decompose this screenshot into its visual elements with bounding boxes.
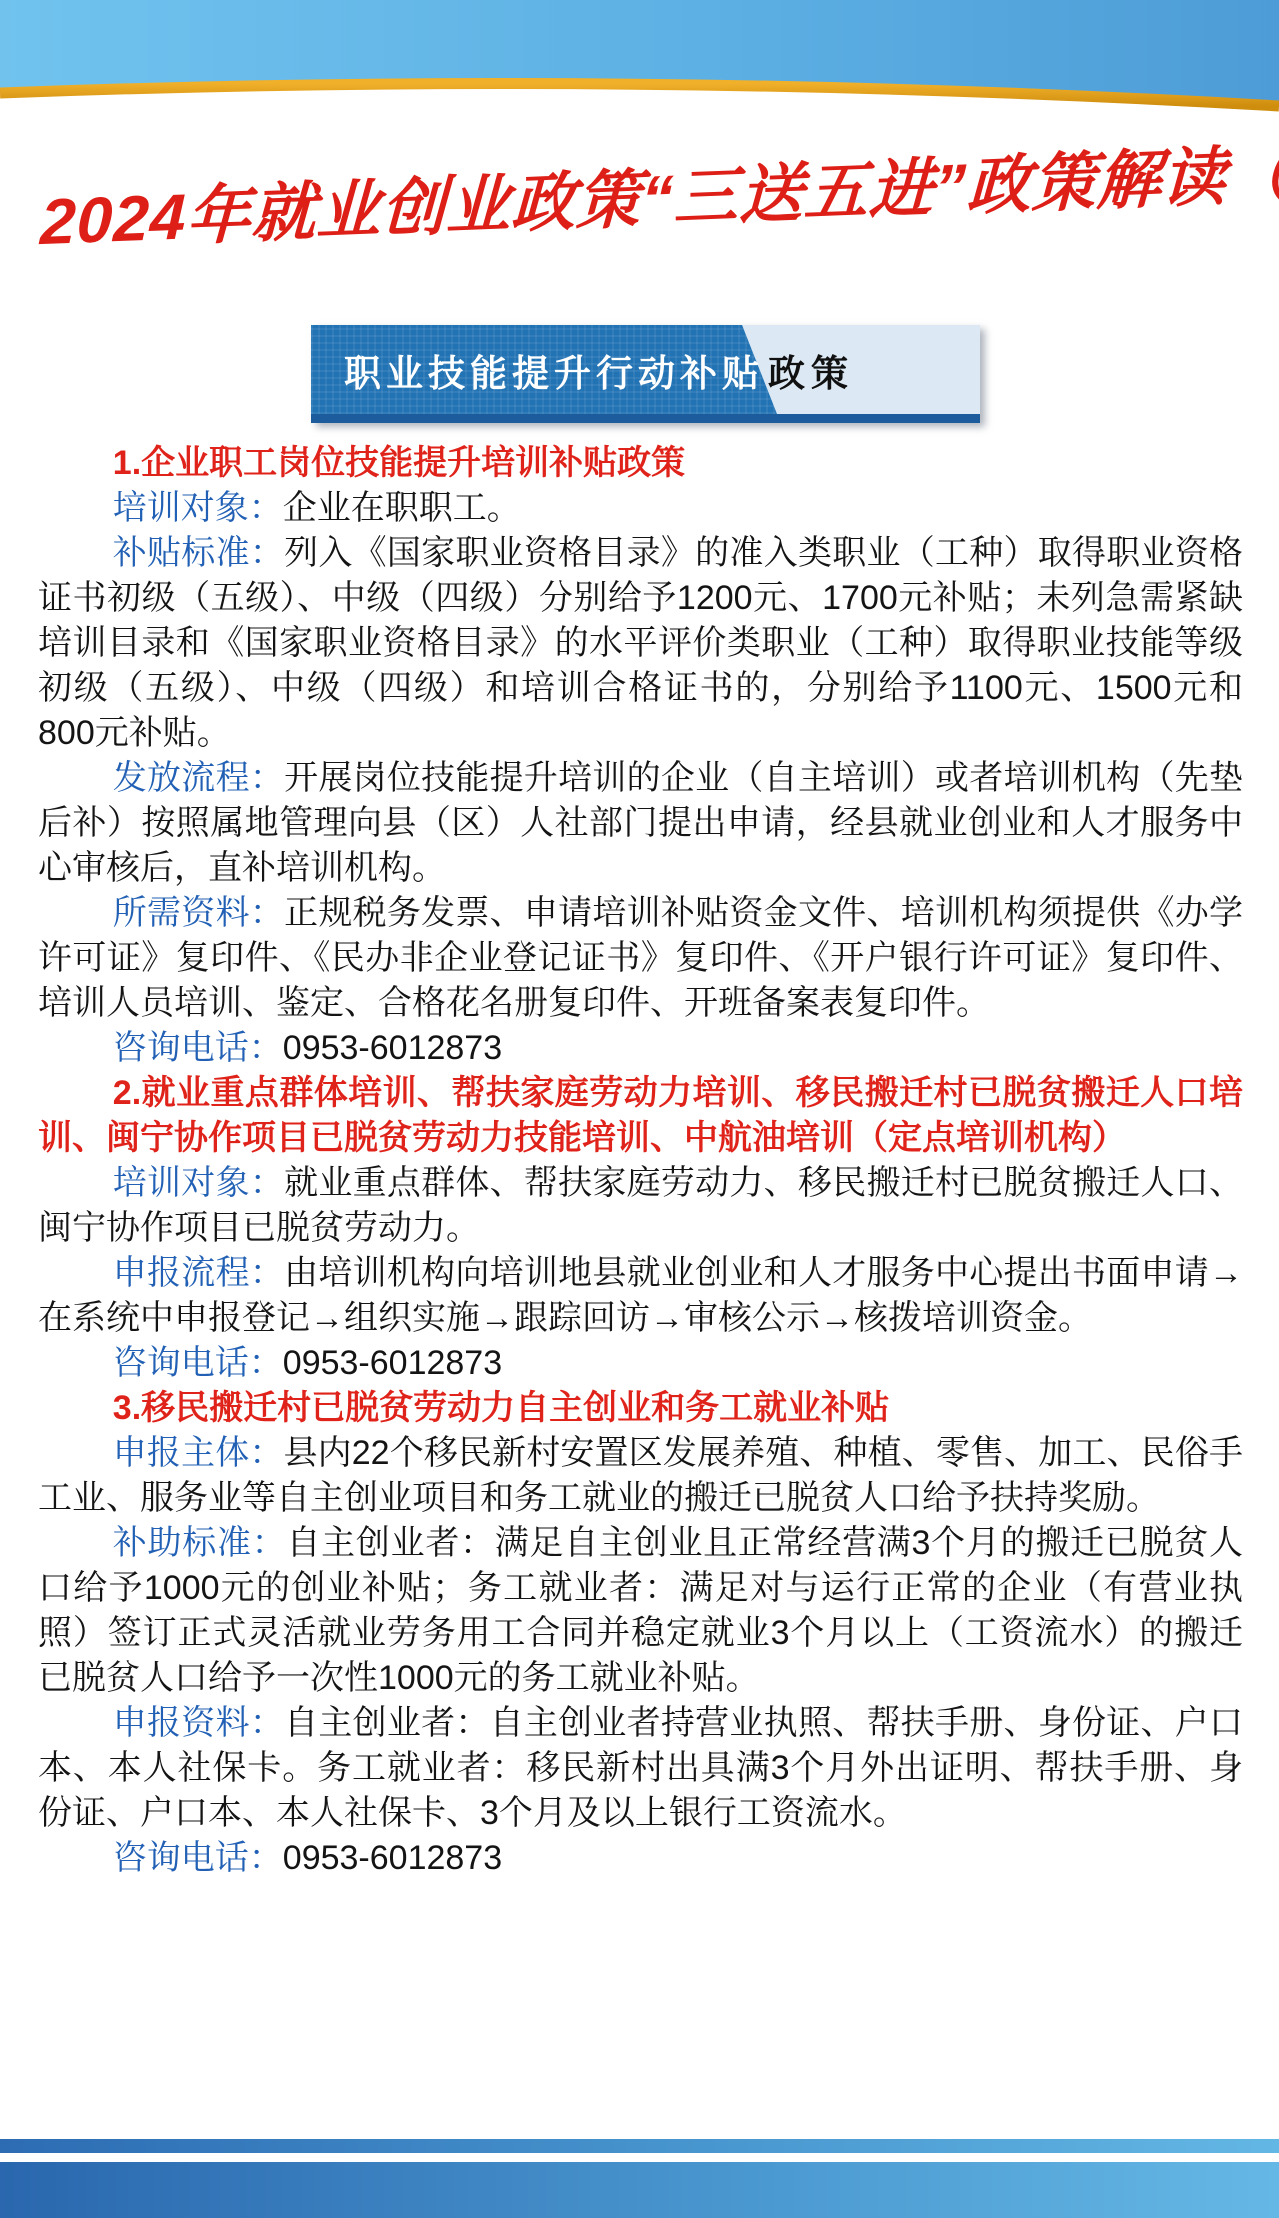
- policy-paragraph: 补贴标准：列入《国家职业资格目录》的准入类职业（工种）取得职业资格证书初级（五级…: [38, 531, 1243, 756]
- paragraph-label: 所需资料：: [113, 894, 284, 932]
- footer-big-band: [0, 2162, 1279, 2218]
- paragraph-label: 培训对象：: [113, 489, 283, 527]
- section-banner: 职业技能提升行动补贴 政策: [311, 325, 980, 423]
- paragraph-label: 咨询电话：: [113, 1029, 283, 1067]
- paragraph-label: 咨询电话：: [113, 1839, 283, 1877]
- policy-paragraph: 咨询电话：0953-6012873: [38, 1026, 1243, 1071]
- sky-curve-graphic: [0, 0, 1279, 130]
- page-title: 2024年就业创业政策“三送五进”政策解读（五）: [39, 125, 1240, 263]
- policy-paragraph: 咨询电话：0953-6012873: [38, 1836, 1243, 1881]
- policy-poster-page: 2024年就业创业政策“三送五进”政策解读（五） 职业技能提升行动补贴 政策 1…: [0, 0, 1279, 2218]
- paragraph-label: 申报流程：: [113, 1254, 284, 1292]
- paragraph-label: 申报主体：: [113, 1434, 284, 1472]
- policy-paragraph: 申报资料：自主创业者：自主创业者持营业执照、帮扶手册、身份证、户口本、本人社保卡…: [38, 1701, 1243, 1836]
- policy-paragraph: 培训对象：就业重点群体、帮扶家庭劳动力、移民搬迁村已脱贫搬迁人口、闽宁协作项目已…: [38, 1161, 1243, 1251]
- policy-paragraph: 补助标准：自主创业者：满足自主创业且正常经营满3个月的搬迁已脱贫人口给予1000…: [38, 1521, 1243, 1701]
- banner-tag-label: 政策: [768, 325, 854, 414]
- footer-thin-band: [0, 2139, 1279, 2153]
- banner-main-label: 职业技能提升行动补贴: [344, 325, 764, 414]
- policy-paragraph: 培训对象：企业在职职工。: [38, 486, 1243, 531]
- paragraph-text: 0953-6012873: [283, 1029, 502, 1067]
- policy-paragraph: 申报流程：由培训机构向培训地县就业创业和人才服务中心提出书面申请→在系统中申报登…: [38, 1251, 1243, 1341]
- policy-paragraph: 发放流程：开展岗位技能提升培训的企业（自主培训）或者培训机构（先垫后补）按照属地…: [38, 756, 1243, 891]
- paragraph-label: 发放流程：: [113, 759, 284, 797]
- paragraph-text: 企业在职职工。: [283, 489, 521, 527]
- paragraph-label: 补助标准：: [113, 1524, 287, 1562]
- policy-content: 1.企业职工岗位技能提升培训补贴政策培训对象：企业在职职工。补贴标准：列入《国家…: [38, 441, 1243, 1881]
- paragraph-label: 咨询电话：: [113, 1344, 283, 1382]
- policy-paragraph: 申报主体：县内22个移民新村安置区发展养殖、种植、零售、加工、民俗手工业、服务业…: [38, 1431, 1243, 1521]
- paragraph-text: 0953-6012873: [283, 1344, 502, 1382]
- banner-underline: [311, 414, 980, 423]
- paragraph-label: 申报资料：: [113, 1704, 284, 1742]
- paragraph-text: 0953-6012873: [283, 1839, 502, 1877]
- section-heading: 1.企业职工岗位技能提升培训补贴政策: [38, 441, 1243, 486]
- policy-paragraph: 所需资料：正规税务发票、申请培训补贴资金文件、培训机构须提供《办学许可证》复印件…: [38, 891, 1243, 1026]
- paragraph-label: 补贴标准：: [113, 534, 284, 572]
- section-heading: 2.就业重点群体培训、帮扶家庭劳动力培训、移民搬迁村已脱贫搬迁人口培训、闽宁协作…: [38, 1071, 1243, 1161]
- header-sky-band: [0, 0, 1279, 130]
- paragraph-label: 培训对象：: [113, 1164, 284, 1202]
- section-heading: 3.移民搬迁村已脱贫劳动力自主创业和务工就业补贴: [38, 1386, 1243, 1431]
- policy-paragraph: 咨询电话：0953-6012873: [38, 1341, 1243, 1386]
